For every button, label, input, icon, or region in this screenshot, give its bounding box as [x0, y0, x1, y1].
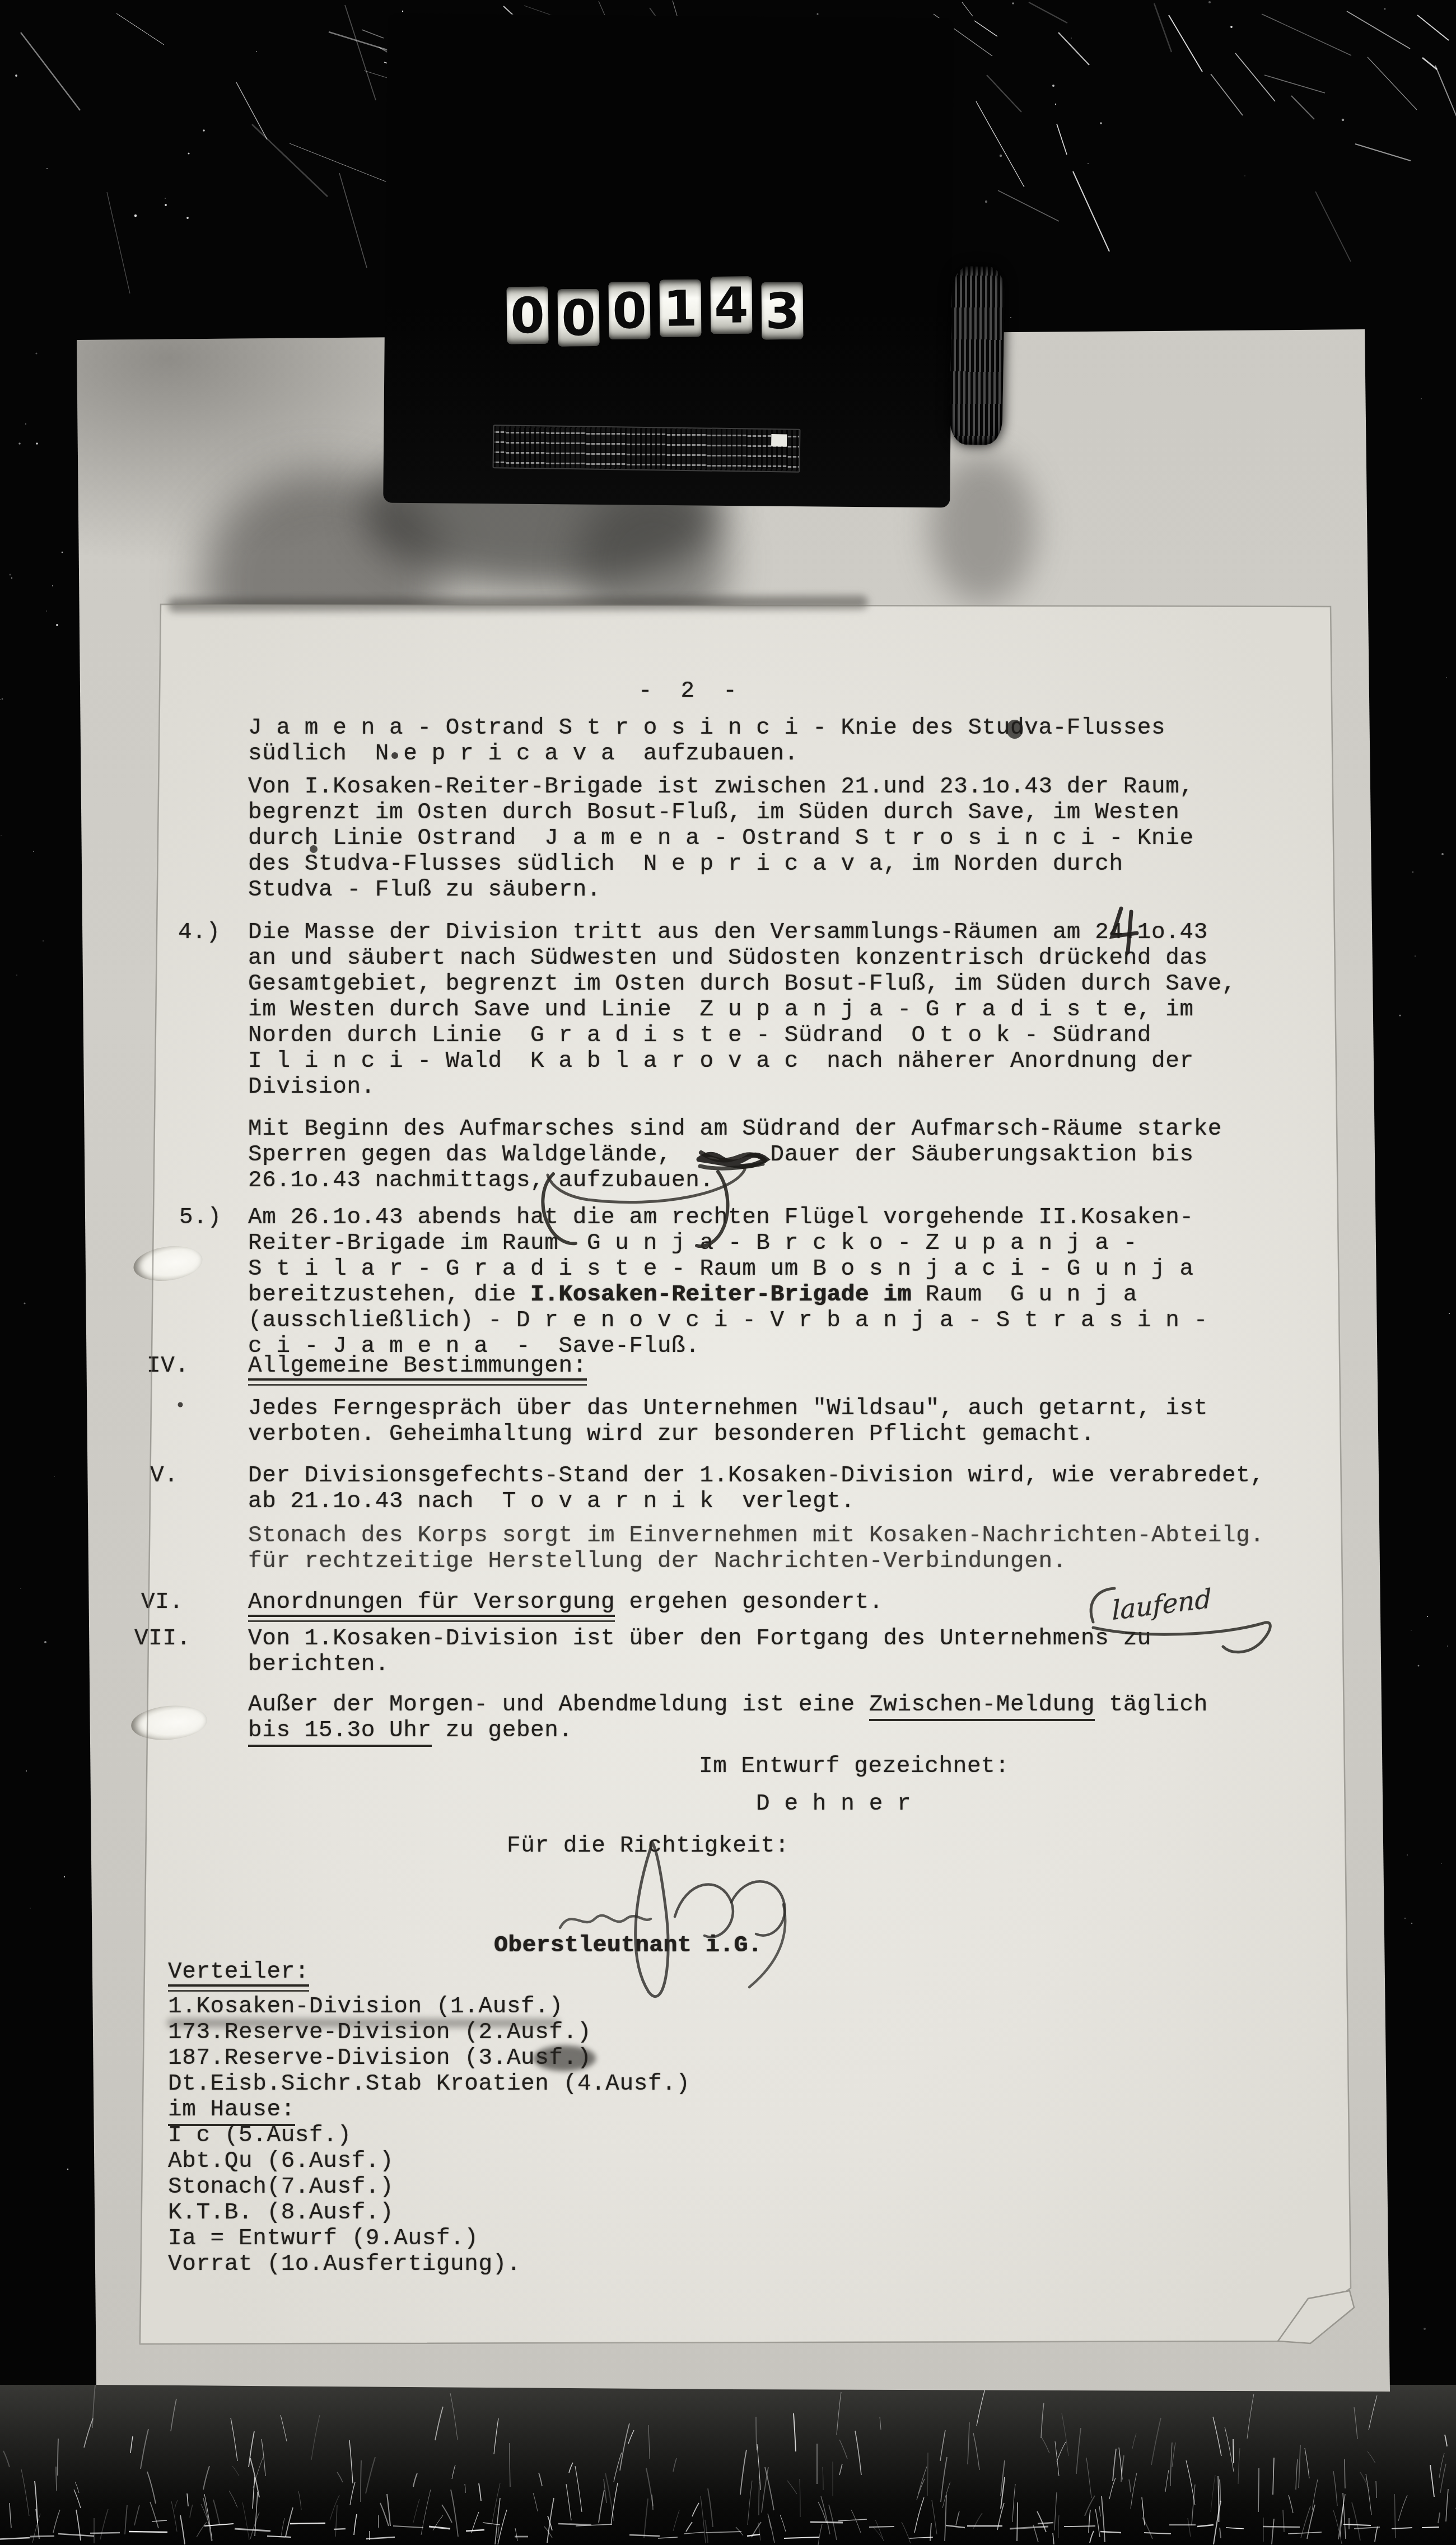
- text-line: an und säubert nach Südwesten und Südost…: [248, 945, 1236, 971]
- counter-digit: 4: [710, 276, 752, 334]
- item-label: VII.: [134, 1626, 191, 1652]
- text-line: Stonach des Korps sorgt im Einvernehmen …: [248, 1523, 1264, 1549]
- paragraph: Von I.Kosaken-Reiter-Brigade ist zwische…: [248, 774, 1194, 903]
- text-line: Dt.Eisb.Sichr.Stab Kroatien (4.Ausf.): [168, 2071, 690, 2097]
- text-line: Außer der Morgen- und Abendmeldung ist e…: [248, 1692, 1208, 1718]
- text-line: im Hause:: [168, 2097, 690, 2123]
- item-label: VI.: [141, 1590, 184, 1615]
- text-line: Studva - Fluß zu säubern.: [248, 877, 1194, 903]
- distribution-list: 1.Kosaken-Division (1.Ausf.)173.Reserve-…: [168, 1994, 690, 2277]
- counter-digit: 3: [762, 282, 804, 340]
- text-line: Allgemeine Bestimmungen:: [248, 1353, 587, 1379]
- item-label: V.: [150, 1463, 178, 1489]
- text-line: I l i n c i - Wald K a b l a r o v a c n…: [248, 1048, 1236, 1074]
- item-label: 5.): [179, 1205, 222, 1230]
- signoff-drafted: Im Entwurf gezeichnet:: [699, 1754, 1010, 1779]
- counter-digit: 0: [609, 282, 651, 339]
- text-line: für rechtzeitige Herstellung der Nachric…: [248, 1549, 1264, 1574]
- text-line: Division.: [248, 1074, 1236, 1100]
- numbered-item: 5.)Am 26.1o.43 abends hat die am rechten…: [248, 1205, 1208, 1359]
- text-line: D e h n e r: [756, 1791, 911, 1817]
- text-line: I c (5.Ausf.): [168, 2123, 690, 2148]
- text-line: 26.1o.43 nachmittags, aufzubauen.: [248, 1168, 1222, 1194]
- text-line: Abt.Qu (6.Ausf.): [168, 2148, 690, 2174]
- counter-digit-window: 0 0 0 1 4 3: [507, 282, 804, 342]
- text-line: 187.Reserve-Division (3.Ausf.): [168, 2045, 690, 2071]
- text-line: Stonach(7.Ausf.): [168, 2174, 690, 2200]
- microfilm-frame: - 2 -J a m e n a - Ostrand S t r o s i n…: [0, 0, 1456, 2545]
- text-line: Der Divisionsgefechts-Stand der 1.Kosake…: [248, 1463, 1264, 1489]
- signoff-certify: Für die Richtigkeit:: [507, 1833, 789, 1859]
- distribution-heading: Verteiler:: [168, 1959, 309, 1985]
- paragraph: Stonach des Korps sorgt im Einvernehmen …: [248, 1523, 1264, 1574]
- text-line: im Westen durch Save und Linie Z u p a n…: [248, 997, 1236, 1023]
- text-line: Jedes Ferngespräch über das Unternehmen …: [248, 1396, 1208, 1421]
- signoff-name: D e h n e r: [756, 1791, 911, 1817]
- section-item: V.Der Divisionsgefechts-Stand der 1.Kosa…: [248, 1463, 1264, 1514]
- text-line: Ia = Entwurf (9.Ausf.): [168, 2226, 690, 2252]
- section-item: VI.Anordnungen für Versorgung ergehen ge…: [248, 1590, 883, 1615]
- text-line: Anordnungen für Versorgung ergehen geson…: [248, 1590, 883, 1615]
- text-line: Für die Richtigkeit:: [507, 1833, 789, 1859]
- text-line: Vorrat (1o.Ausfertigung).: [168, 2252, 690, 2277]
- counter-knob[interactable]: [949, 266, 1005, 445]
- item-label: 4.): [178, 920, 221, 945]
- paragraph: Außer der Morgen- und Abendmeldung ist e…: [248, 1692, 1208, 1744]
- text-line: 1.Kosaken-Division (1.Ausf.): [168, 1994, 690, 2020]
- text-line: Sperren gegen das Waldgelände, Dauer der…: [248, 1142, 1222, 1168]
- page-number: - 2 -: [638, 678, 737, 704]
- counter-label-plate: [492, 425, 800, 473]
- section-item: VII.Von 1.Kosaken-Division ist über den …: [248, 1626, 1151, 1677]
- counter-digit: 1: [660, 279, 702, 337]
- text-line: Am 26.1o.43 abends hat die am rechten Fl…: [248, 1205, 1208, 1230]
- section-heading: IV.Allgemeine Bestimmungen:: [248, 1353, 587, 1379]
- signoff-rank: Oberstleutnant i.G.: [494, 1933, 762, 1959]
- text-line: bereitzustehen, die I.Kosaken-Reiter-Bri…: [248, 1282, 1208, 1308]
- text-line: verboten. Geheimhaltung wird zur besonde…: [248, 1421, 1208, 1447]
- paragraph: J a m e n a - Ostrand S t r o s i n c i …: [248, 715, 1165, 767]
- text-line: Im Entwurf gezeichnet:: [699, 1754, 1010, 1779]
- text-line: S t i l a r - G r a d i s t e - Raum um …: [248, 1256, 1208, 1282]
- text-line: Norden durch Linie G r a d i s t e - Süd…: [248, 1023, 1236, 1048]
- numbered-item: 4.)Die Masse der Division tritt aus den …: [248, 920, 1236, 1100]
- text-line: - 2 -: [638, 678, 737, 704]
- text-line: Reiter-Brigade im Raum G u n j a - B r c…: [248, 1230, 1208, 1256]
- text-line: (ausschließlich) - D r e n o v c i - V r…: [248, 1308, 1208, 1334]
- counter-digit: 0: [558, 289, 600, 347]
- paragraph: Mit Beginn des Aufmarsches sind am Südra…: [248, 1116, 1222, 1194]
- text-line: durch Linie Ostrand J a m e n a - Ostran…: [248, 826, 1194, 851]
- item-label: IV.: [147, 1353, 189, 1379]
- text-line: Mit Beginn des Aufmarsches sind am Südra…: [248, 1116, 1222, 1142]
- text-line: Von I.Kosaken-Reiter-Brigade ist zwische…: [248, 774, 1194, 800]
- text-line: K.T.B. (8.Ausf.): [168, 2200, 690, 2226]
- text-line: berichten.: [248, 1652, 1151, 1677]
- text-line: ab 21.1o.43 nach T o v a r n i k verlegt…: [248, 1489, 1264, 1514]
- paragraph: Jedes Ferngespräch über das Unternehmen …: [248, 1396, 1208, 1447]
- text-line: Oberstleutnant i.G.: [494, 1933, 762, 1959]
- text-line: Die Masse der Division tritt aus den Ver…: [248, 920, 1236, 945]
- text-line: 173.Reserve-Division (2.Ausf.): [168, 2020, 690, 2045]
- text-line: Gesamtgebiet, begrenzt im Osten durch Bo…: [248, 971, 1236, 997]
- text-line: des Studva-Flusses südlich N e p r i c a…: [248, 851, 1194, 877]
- text-line: begrenzt im Osten durch Bosut-Fluß, im S…: [248, 800, 1194, 826]
- text-line: J a m e n a - Ostrand S t r o s i n c i …: [248, 715, 1165, 741]
- text-line: Von 1.Kosaken-Division ist über den Fort…: [248, 1626, 1151, 1652]
- counter-digit: 0: [507, 287, 549, 344]
- text-line: Verteiler:: [168, 1959, 309, 1985]
- text-line: südlich N e p r i c a v a aufzubauen.: [248, 741, 1165, 767]
